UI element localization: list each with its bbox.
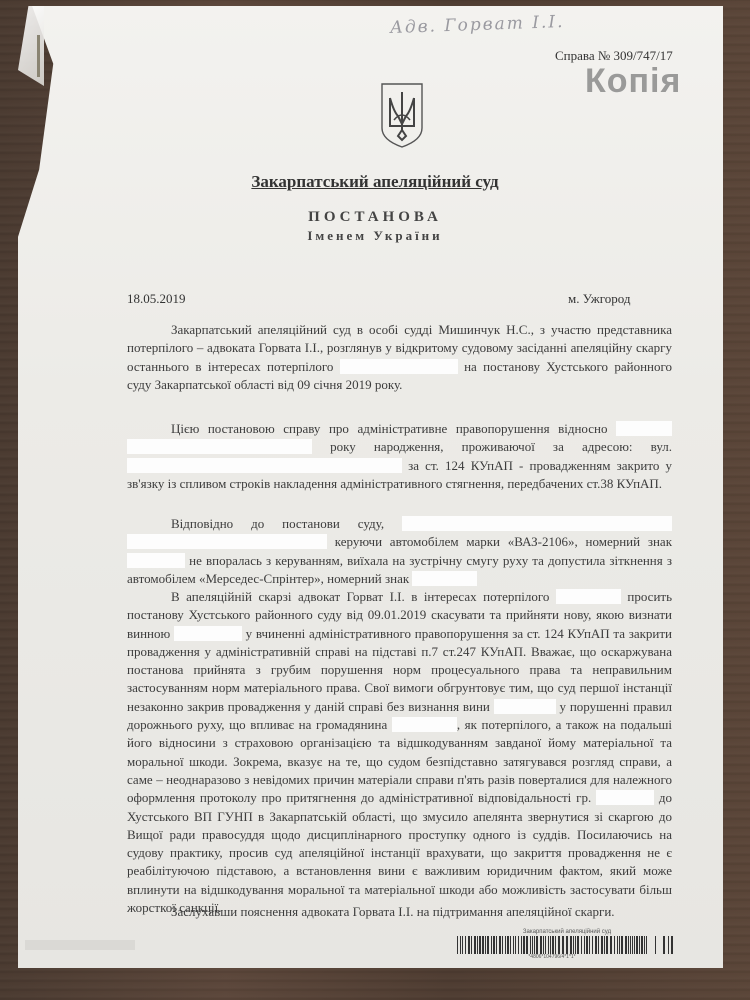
document-subtitle: Іменем України <box>0 228 750 244</box>
trident-coat-of-arms-icon <box>378 80 426 150</box>
redacted-text <box>127 534 327 549</box>
paragraph-decision: Цією постановою справу про адміністратив… <box>127 420 672 493</box>
redacted-text <box>127 458 402 473</box>
redacted-text <box>174 626 242 641</box>
redacted-text <box>494 699 556 714</box>
paragraph-appeal: В апеляційній скарзі адвокат Горват І.І.… <box>127 588 672 917</box>
redacted-text <box>340 359 458 374</box>
redacted-text <box>616 421 672 436</box>
staple-mark <box>37 35 40 77</box>
redacted-text <box>127 439 312 454</box>
copy-stamp: Копія <box>585 62 681 101</box>
barcode-number: *4806*104796/4*1*1* <box>427 954 677 960</box>
barcode-block: Закарпатський апеляційний суд *4806*1047… <box>457 929 677 960</box>
paragraph-intro: Закарпатський апеляційний суд в особі су… <box>127 321 672 394</box>
redacted-text <box>556 589 621 604</box>
redacted-text <box>412 571 477 586</box>
paragraph-hearing: Заслухавши пояснення адвоката Горвата І.… <box>127 903 672 921</box>
document-date: 18.05.2019 <box>127 291 186 307</box>
redacted-text <box>392 717 457 732</box>
paragraph-circumstances: Відповідно до постанови суду, керуючи ав… <box>127 515 672 588</box>
document-type: ПОСТАНОВА <box>0 209 750 226</box>
redacted-text <box>402 516 672 531</box>
court-title: Закарпатський апеляційний суд <box>0 172 750 192</box>
barcode <box>457 936 677 954</box>
bleed-through-text <box>25 940 135 950</box>
redacted-text <box>127 553 185 568</box>
barcode-label: Закарпатський апеляційний суд <box>457 929 677 935</box>
document-city: м. Ужгород <box>568 291 631 307</box>
redacted-text <box>596 790 654 805</box>
